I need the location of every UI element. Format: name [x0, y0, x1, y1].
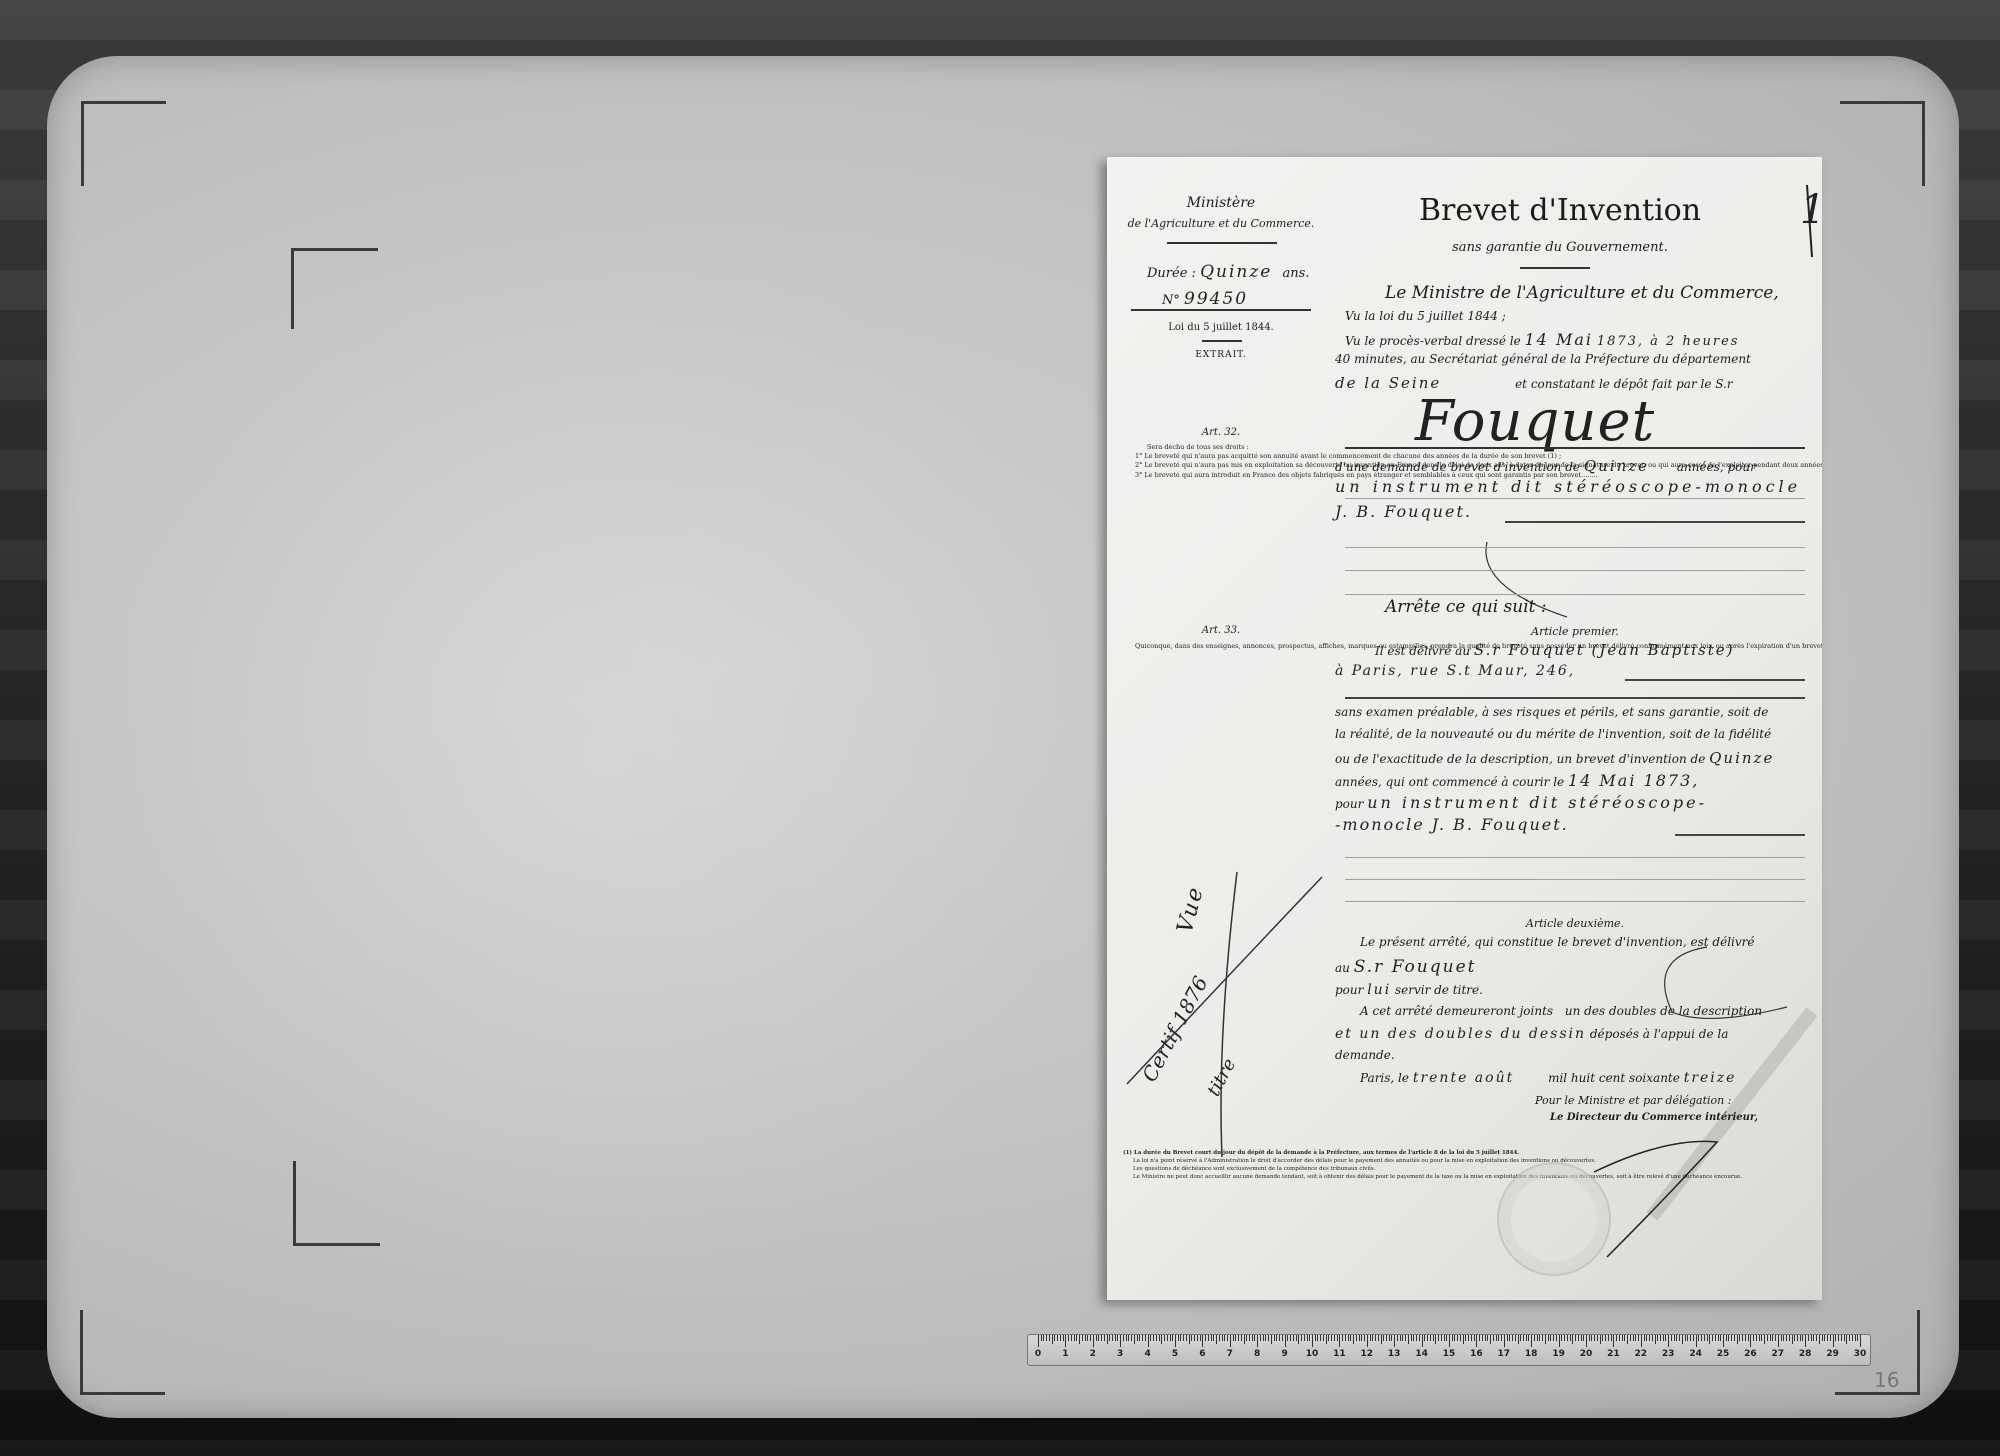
ruler-tick: [1857, 1335, 1858, 1341]
ruler-label: 5: [1172, 1349, 1178, 1359]
ruler-tick: [1397, 1335, 1398, 1341]
invention-line1: un instrument dit stéréoscope-monocle: [1335, 477, 1801, 496]
ruler-tick: [1693, 1335, 1694, 1341]
ruler-tick: [1742, 1335, 1743, 1341]
ruler-tick: [1581, 1335, 1582, 1341]
footnote: La loi n'a point réservé à l'Administrat…: [1107, 1157, 1335, 1165]
ruler-tick: [1186, 1335, 1187, 1341]
ruler-tick: [1490, 1335, 1491, 1344]
ruler-tick: [1482, 1335, 1483, 1341]
margin-note-certif: Certif 1876: [1137, 972, 1213, 1086]
ruler-label: 28: [1799, 1349, 1812, 1359]
ruler-tick: [1649, 1335, 1650, 1341]
number-value: 99450: [1184, 289, 1248, 309]
ruler-tick: [1600, 1335, 1601, 1344]
ruler-tick: [1802, 1335, 1803, 1341]
ruler-tick: [1060, 1335, 1061, 1341]
ruler-tick: [1457, 1335, 1458, 1341]
pv-date: 14 Mai: [1525, 330, 1593, 349]
art33-text: Quiconque, dans des enseignes, annonces,…: [1107, 641, 1335, 651]
ruled-line: [1345, 594, 1805, 595]
duration-value: Quinze: [1200, 262, 1272, 282]
ruler-tick: [1197, 1335, 1198, 1341]
ruler-tick: [1550, 1335, 1551, 1341]
ruler-tick: [1142, 1335, 1143, 1341]
ruler-tick: [1202, 1335, 1203, 1347]
ruler-tick: [1441, 1335, 1442, 1341]
patent-document: Ministère de l'Agriculture et du Commerc…: [1107, 157, 1822, 1300]
ruler-tick: [1372, 1335, 1373, 1341]
ruler-tick: [1745, 1335, 1746, 1341]
ruler-tick: [1778, 1335, 1779, 1347]
ruler-tick: [1101, 1335, 1102, 1341]
right-column: Brevet d'Invention 1 sans garantie du Go…: [1345, 157, 1815, 1300]
article2-join-b: un des doubles de la description: [1565, 1004, 1762, 1018]
ruler-tick: [1476, 1335, 1477, 1347]
ruler-tick: [1608, 1335, 1609, 1341]
article2-line1: Le présent arrêté, qui constitue le brev…: [1360, 935, 1755, 949]
ruler-tick: [1071, 1335, 1072, 1341]
ruler-tick: [1427, 1335, 1428, 1341]
art32-line: 3° Le breveté qui aura introduit en Fran…: [1107, 471, 1335, 480]
ruler-label: 26: [1744, 1349, 1757, 1359]
ruler-tick: [1356, 1335, 1357, 1341]
ruler-tick: [1224, 1335, 1225, 1341]
ruler-tick: [1233, 1335, 1234, 1341]
ruler-tick: [1367, 1335, 1368, 1347]
ruler-tick: [1655, 1335, 1656, 1344]
signature-line1: Pour le Ministre et par délégation :: [1535, 1094, 1731, 1107]
ruler-tick: [1808, 1335, 1809, 1341]
title-ornament: [1520, 267, 1590, 269]
article1-start: années, qui ont commencé à courir le 14 …: [1335, 771, 1699, 790]
crop-mark-outer-top-right: [1840, 101, 1925, 186]
ruler-tick: [1452, 1335, 1453, 1341]
ruler-tick: [1200, 1335, 1201, 1341]
ruler-label: 22: [1635, 1349, 1648, 1359]
article2-lui: lui: [1367, 982, 1391, 998]
ruler-tick: [1183, 1335, 1184, 1341]
ruler-tick: [1419, 1335, 1420, 1341]
ruler-tick: [1465, 1335, 1466, 1341]
ruler-label: 25: [1717, 1349, 1730, 1359]
ruler-label: 17: [1498, 1349, 1511, 1359]
ruler-tick: [1293, 1335, 1294, 1341]
ruler-tick: [1756, 1335, 1757, 1341]
ruler-tick: [1559, 1335, 1560, 1347]
ruler-tick: [1507, 1335, 1508, 1341]
ruler-tick: [1128, 1335, 1129, 1341]
margin-note-vue: Vue: [1173, 883, 1209, 936]
ruler-tick: [1159, 1335, 1160, 1341]
ruled-line: [1345, 498, 1805, 499]
ruler-tick: [1153, 1335, 1154, 1341]
ruler-tick: [1460, 1335, 1461, 1341]
ruler-tick: [1611, 1335, 1612, 1341]
ruler-tick: [1764, 1335, 1765, 1344]
ruler-tick: [1704, 1335, 1705, 1341]
article2-to-prefix: au: [1335, 961, 1350, 975]
ruler-tick: [1468, 1335, 1469, 1341]
article1-body-1: sans examen préalable, à ses risques et …: [1335, 705, 1768, 719]
ruler-tick: [1252, 1335, 1253, 1341]
ruler-tick: [1227, 1335, 1228, 1341]
ruler-tick: [1285, 1335, 1286, 1347]
sheet-number: 16: [1874, 1368, 1899, 1392]
ruler-tick: [1474, 1335, 1475, 1341]
duration-unit: ans.: [1283, 266, 1310, 281]
ruler-label: 18: [1525, 1349, 1538, 1359]
request-line: d'une demande de brevet d'invention de Q…: [1335, 457, 1756, 475]
article2-demande: demande.: [1335, 1048, 1395, 1062]
ruler-tick: [1350, 1335, 1351, 1341]
crop-mark-outer-bottom-left: [80, 1310, 165, 1395]
ruler-tick: [1671, 1335, 1672, 1341]
ruler-tick: [1082, 1335, 1083, 1341]
ruled-line: [1345, 547, 1805, 548]
ruler-tick: [1479, 1335, 1480, 1341]
ruler-tick: [1750, 1335, 1751, 1347]
ruler-tick: [1630, 1335, 1631, 1341]
ruler-tick: [1485, 1335, 1486, 1341]
issue-date: Paris, le trente août mil huit cent soix…: [1360, 1070, 1736, 1086]
ruler-tick: [1709, 1335, 1710, 1344]
ruler-tick: [1668, 1335, 1669, 1347]
ruler-tick: [1583, 1335, 1584, 1341]
extract-label: EXTRAIT.: [1107, 350, 1335, 360]
ruler-label: 6: [1199, 1349, 1205, 1359]
ruler-tick: [1170, 1335, 1171, 1341]
ruler-tick: [1589, 1335, 1590, 1341]
ruler-tick: [1720, 1335, 1721, 1341]
ruled-line: [1625, 679, 1805, 681]
ruler-tick: [1416, 1335, 1417, 1341]
article2-to: au S.r Fouquet: [1335, 957, 1476, 977]
ruler-tick: [1120, 1335, 1121, 1347]
ruler-tick: [1805, 1335, 1806, 1347]
ruler-tick: [1701, 1335, 1702, 1341]
ruler-tick: [1797, 1335, 1798, 1341]
ruler-tick: [1172, 1335, 1173, 1341]
ruler-tick: [1556, 1335, 1557, 1341]
ruler-tick: [1076, 1335, 1077, 1341]
ruled-line: [1345, 879, 1805, 880]
date-year: treize: [1684, 1070, 1737, 1086]
ruler-tick: [1345, 1335, 1346, 1341]
document-subtitle: sans garantie du Gouvernement.: [1345, 240, 1775, 255]
ruler-tick: [1043, 1335, 1044, 1341]
pv-prefix: Vu le procès-verbal dressé le: [1345, 334, 1521, 348]
ruler-tick: [1065, 1335, 1066, 1347]
proces-verbal-line: Vu le procès-verbal dressé le 14 Mai 187…: [1345, 330, 1739, 349]
ruled-line: [1345, 570, 1805, 571]
ruler-tick: [1049, 1335, 1050, 1341]
ruler-tick: [1408, 1335, 1409, 1344]
ruler-tick: [1665, 1335, 1666, 1341]
article1-recipient: Il est délivré au S.r Fouquet (Jean Bapt…: [1375, 641, 1735, 659]
ruler-tick: [1564, 1335, 1565, 1341]
ruler-label: 3: [1117, 1349, 1123, 1359]
ruler-tick: [1570, 1335, 1571, 1341]
ruler-tick: [1605, 1335, 1606, 1341]
ruler-tick: [1213, 1335, 1214, 1341]
ruler-tick: [1739, 1335, 1740, 1341]
ruler-tick: [1246, 1335, 1247, 1341]
ruler-tick: [1301, 1335, 1302, 1341]
ruler-tick: [1085, 1335, 1086, 1341]
ruler-tick: [1402, 1335, 1403, 1341]
ruler-tick: [1761, 1335, 1762, 1341]
ruler-tick: [1137, 1335, 1138, 1341]
ruler-tick: [1098, 1335, 1099, 1341]
ruler-tick: [1378, 1335, 1379, 1341]
ruler-tick: [1123, 1335, 1124, 1341]
ruler-label: 10: [1306, 1349, 1319, 1359]
ruler-tick: [1726, 1335, 1727, 1341]
ruler-tick: [1663, 1335, 1664, 1341]
footnote: Les questions de déchéance sont exclusiv…: [1107, 1165, 1335, 1173]
ruler-tick: [1707, 1335, 1708, 1341]
ruler-tick: [1433, 1335, 1434, 1341]
ruler-tick: [1093, 1335, 1094, 1347]
ruler-tick: [1578, 1335, 1579, 1341]
article1-for: pour un instrument dit stéréoscope-: [1335, 793, 1707, 812]
ruler-tick: [1359, 1335, 1360, 1341]
crop-mark-inner-bottom-left: [293, 1161, 380, 1246]
ruler-tick: [1718, 1335, 1719, 1341]
light-haze: [107, 206, 1107, 1306]
ruler-tick: [1342, 1335, 1343, 1341]
article1-title: Article premier.: [1345, 625, 1805, 638]
article1-start-prefix: années, qui ont commencé à courir le: [1335, 775, 1564, 789]
ruler-tick: [1244, 1335, 1245, 1344]
ruler-tick: [1216, 1335, 1217, 1344]
ruler-label: 19: [1552, 1349, 1565, 1359]
ruler-tick: [1139, 1335, 1140, 1341]
ruler-tick: [1830, 1335, 1831, 1341]
request-duration: Quinze: [1584, 457, 1649, 475]
ruler-tick: [1789, 1335, 1790, 1341]
ruler-tick: [1337, 1335, 1338, 1341]
ruler-tick: [1430, 1335, 1431, 1341]
ruler-tick: [1575, 1335, 1576, 1341]
ruler-tick: [1548, 1335, 1549, 1341]
ruler-tick: [1090, 1335, 1091, 1341]
ruler-tick: [1145, 1335, 1146, 1341]
ruler-tick: [1370, 1335, 1371, 1341]
ruler-tick: [1361, 1335, 1362, 1341]
ruler-label: 11: [1333, 1349, 1346, 1359]
ruler-label: 13: [1388, 1349, 1401, 1359]
article2-servir: servir de titre.: [1395, 983, 1483, 997]
ruler-tick: [1265, 1335, 1266, 1341]
ruler-tick: [1126, 1335, 1127, 1341]
ruler-tick: [1435, 1335, 1436, 1344]
number-underline: [1131, 309, 1311, 311]
ruler-tick: [1846, 1335, 1847, 1344]
ornament-divider-small: [1202, 340, 1242, 342]
embossed-seal: [1497, 1162, 1611, 1276]
ruler-label: 21: [1607, 1349, 1620, 1359]
article1-for-label: pour: [1335, 797, 1363, 811]
ruler-tick: [1657, 1335, 1658, 1341]
ruler-tick: [1641, 1335, 1642, 1347]
ruler-tick: [1737, 1335, 1738, 1344]
ruler-tick: [1276, 1335, 1277, 1341]
ruler-tick: [1287, 1335, 1288, 1341]
ruler-tick: [1074, 1335, 1075, 1341]
ruler-tick: [1646, 1335, 1647, 1341]
ruler-tick: [1624, 1335, 1625, 1341]
ruler-tick: [1594, 1335, 1595, 1341]
ruler-tick: [1298, 1335, 1299, 1344]
ruler-tick: [1586, 1335, 1587, 1347]
date-day-month: trente août: [1413, 1070, 1514, 1086]
ruler-tick: [1811, 1335, 1812, 1341]
ruler-tick: [1381, 1335, 1382, 1344]
ruler-label: 1: [1062, 1349, 1068, 1359]
ruled-line: [1345, 901, 1805, 902]
ruler-label: 14: [1415, 1349, 1428, 1359]
article2-join: A cet arrêté demeureront joints un des d…: [1360, 1004, 1762, 1018]
date-mid: mil huit cent soixante: [1548, 1071, 1680, 1085]
article2-join-line2: et un des doubles du dessin déposés à l'…: [1335, 1026, 1728, 1042]
ruler-tick: [1279, 1335, 1280, 1341]
article1-address: à Paris, rue S.t Maur, 246,: [1335, 663, 1575, 679]
ruler-tick: [1728, 1335, 1729, 1341]
ruler-tick: [1496, 1335, 1497, 1341]
duration-row: Durée : Quinze ans.: [1147, 262, 1309, 282]
ruler-tick: [1660, 1335, 1661, 1341]
ruler-tick: [1068, 1335, 1069, 1341]
ruler-tick: [1054, 1335, 1055, 1341]
ruler-tick: [1781, 1335, 1782, 1341]
ruler-tick: [1676, 1335, 1677, 1341]
ruler-tick: [1509, 1335, 1510, 1341]
ruler-tick: [1759, 1335, 1760, 1341]
ruler-tick: [1057, 1335, 1058, 1341]
article2-join-hand: et un des doubles du dessin: [1335, 1026, 1586, 1042]
ruler-tick: [1800, 1335, 1801, 1341]
ruler-tick: [1328, 1335, 1329, 1341]
ruler-tick: [1463, 1335, 1464, 1344]
ruler-label: 24: [1689, 1349, 1702, 1359]
ruler-tick: [1794, 1335, 1795, 1341]
ruler-tick: [1638, 1335, 1639, 1341]
ruler-tick: [1734, 1335, 1735, 1341]
ruler-tick: [1304, 1335, 1305, 1341]
article2-join-c: déposés à l'appui de la: [1590, 1027, 1729, 1041]
ruler-tick: [1389, 1335, 1390, 1341]
ruler-tick: [1438, 1335, 1439, 1341]
ruler-tick: [1334, 1335, 1335, 1341]
art32-text: Sera déchu de tous ses droits : 1° Le br…: [1107, 443, 1335, 480]
ruler-tick: [1208, 1335, 1209, 1341]
ruler-tick: [1597, 1335, 1598, 1341]
ruler-tick: [1161, 1335, 1162, 1344]
ruler-tick: [1561, 1335, 1562, 1341]
ruler-tick: [1156, 1335, 1157, 1341]
ruler-tick: [1520, 1335, 1521, 1341]
ruler-tick: [1635, 1335, 1636, 1341]
ruler-label: 12: [1361, 1349, 1374, 1359]
ruler-tick: [1553, 1335, 1554, 1341]
ruler-tick: [1107, 1335, 1108, 1344]
ruler-tick: [1317, 1335, 1318, 1341]
article1-name: S.r Fouquet (Jean Baptiste): [1474, 641, 1735, 659]
ruler-tick: [1167, 1335, 1168, 1341]
ruler-label: 20: [1580, 1349, 1593, 1359]
ruler-tick: [1616, 1335, 1617, 1341]
ruler-tick: [1282, 1335, 1283, 1341]
ruler-tick: [1150, 1335, 1151, 1341]
article1-body-3-text: ou de l'exactitude de la description, un…: [1335, 752, 1705, 766]
ruler-tick: [1860, 1335, 1861, 1347]
ruler-tick: [1063, 1335, 1064, 1341]
applicant-underline: [1345, 447, 1805, 449]
ruler-tick: [1164, 1335, 1165, 1341]
ruler-tick: [1679, 1335, 1680, 1341]
invention-line2: J. B. Fouquet.: [1335, 502, 1472, 521]
ruler-tick: [1690, 1335, 1691, 1341]
ruler-tick: [1296, 1335, 1297, 1341]
ruler-tick: [1674, 1335, 1675, 1341]
article1-start-date: 14 Mai 1873,: [1568, 771, 1699, 790]
ruler-tick: [1731, 1335, 1732, 1341]
ruler-tick: [1109, 1335, 1110, 1341]
ruler-tick: [1391, 1335, 1392, 1341]
ruler-tick: [1770, 1335, 1771, 1341]
ruler-tick: [1855, 1335, 1856, 1341]
ruler-tick: [1712, 1335, 1713, 1341]
ruler-tick: [1194, 1335, 1195, 1341]
ruler-tick: [1394, 1335, 1395, 1347]
ruler-tick: [1175, 1335, 1176, 1347]
date-prefix: Paris, le: [1360, 1071, 1409, 1085]
ministry-label: Ministère: [1107, 195, 1335, 211]
arrete-heading: Arrête ce qui suit :: [1385, 597, 1547, 617]
ruler-tick: [1591, 1335, 1592, 1341]
ruler-tick: [1383, 1335, 1384, 1341]
ruler-tick: [1375, 1335, 1376, 1341]
ruler-tick: [1715, 1335, 1716, 1341]
ruler-tick: [1841, 1335, 1842, 1341]
ruler-tick: [1263, 1335, 1264, 1341]
ruler-tick: [1772, 1335, 1773, 1341]
ruler-tick: [1523, 1335, 1524, 1341]
ruler-tick: [1838, 1335, 1839, 1341]
ruler-label: 2: [1090, 1349, 1096, 1359]
minister-heading: Le Ministre de l'Agriculture et du Comme…: [1385, 283, 1779, 303]
request-prefix: d'une demande de brevet d'invention de: [1335, 460, 1580, 474]
measuring-ruler: 0123456789101112131415161718192021222324…: [1027, 1334, 1871, 1366]
ruler-tick: [1238, 1335, 1239, 1341]
ruler-label: 16: [1470, 1349, 1483, 1359]
ruler-tick: [1260, 1335, 1261, 1341]
ruler-tick: [1822, 1335, 1823, 1341]
ruler-tick: [1613, 1335, 1614, 1347]
ruler-label: 27: [1772, 1349, 1785, 1359]
ruler-tick: [1386, 1335, 1387, 1341]
ruler-tick: [1644, 1335, 1645, 1341]
ruler-tick: [1528, 1335, 1529, 1341]
ruler-tick: [1775, 1335, 1776, 1341]
ruler-tick: [1537, 1335, 1538, 1341]
ruler-tick: [1687, 1335, 1688, 1341]
ruler-tick: [1411, 1335, 1412, 1341]
ruler-tick: [1241, 1335, 1242, 1341]
ruler-tick: [1254, 1335, 1255, 1341]
